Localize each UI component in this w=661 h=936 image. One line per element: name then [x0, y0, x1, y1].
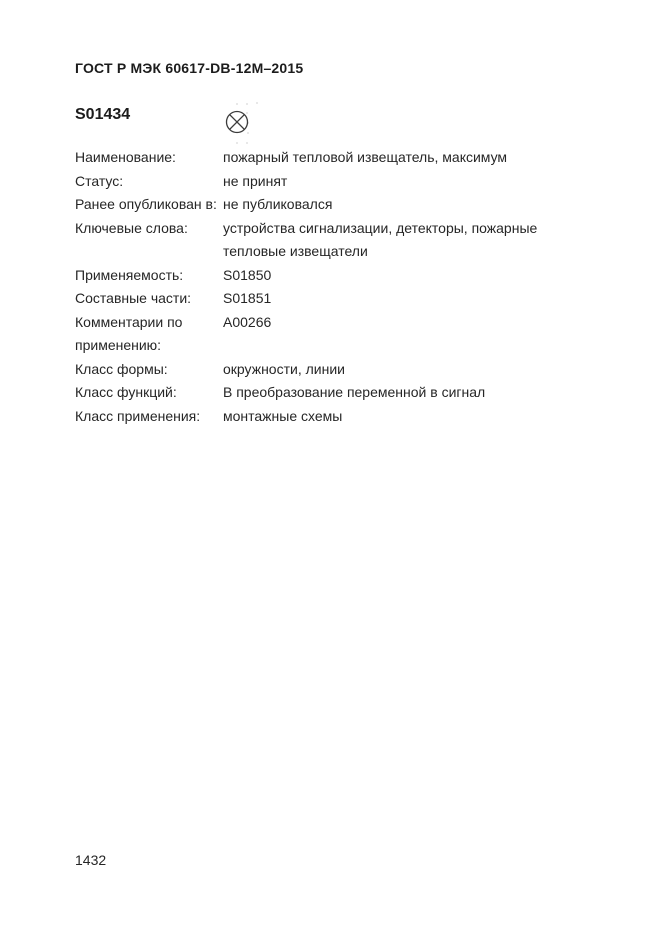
field-value: не публиковался	[223, 193, 548, 217]
field-value: A00266	[223, 311, 548, 335]
field-value: монтажные схемы	[223, 405, 548, 429]
field-row-application-class: Класс применения: монтажные схемы	[75, 405, 555, 429]
field-row-status: Статус: не принят	[75, 170, 555, 194]
field-row-components: Составные части: S01851	[75, 287, 555, 311]
field-label: Ключевые слова:	[75, 217, 223, 241]
field-value: В преобразование переменной в сигнал	[223, 381, 548, 405]
field-label: Класс применения:	[75, 405, 223, 429]
field-value: S01851	[223, 287, 548, 311]
field-row-keywords: Ключевые слова: устройства сигнализации,…	[75, 217, 555, 264]
field-label: Ранее опубликован в:	[75, 193, 223, 217]
field-value: устройства сигнализации, детекторы, пожа…	[223, 217, 548, 264]
page-number: 1432	[75, 852, 106, 869]
field-row-name: Наименование: пожарный тепловой извещате…	[75, 146, 555, 170]
symbol-id-heading: S01434	[75, 106, 130, 124]
field-row-application-comments: Комментарии по применению: A00266	[75, 311, 555, 358]
field-label: Составные части:	[75, 287, 223, 311]
attributes-list: Наименование: пожарный тепловой извещате…	[75, 146, 555, 428]
field-label: Применяемость:	[75, 264, 223, 288]
field-value: не принят	[223, 170, 548, 194]
field-label: Наименование:	[75, 146, 223, 170]
field-row-function-class: Класс функций: В преобразование переменн…	[75, 381, 555, 405]
field-label: Класс функций:	[75, 381, 223, 405]
field-row-applicability: Применяемость: S01850	[75, 264, 555, 288]
field-value: S01850	[223, 264, 548, 288]
document-page: ГОСТ Р МЭК 60617-DB-12M–2015 S01434 Наим…	[0, 0, 661, 936]
field-label: Комментарии по применению:	[75, 311, 223, 358]
field-row-shape-class: Класс формы: окружности, линии	[75, 358, 555, 382]
field-value: окружности, линии	[223, 358, 548, 382]
field-row-previously-published: Ранее опубликован в: не публиковался	[75, 193, 555, 217]
document-title: ГОСТ Р МЭК 60617-DB-12M–2015	[75, 60, 303, 77]
field-label: Статус:	[75, 170, 223, 194]
crossed-circle-symbol-icon	[215, 98, 267, 150]
field-value: пожарный тепловой извещатель, максимум	[223, 146, 548, 170]
field-label: Класс формы:	[75, 358, 223, 382]
